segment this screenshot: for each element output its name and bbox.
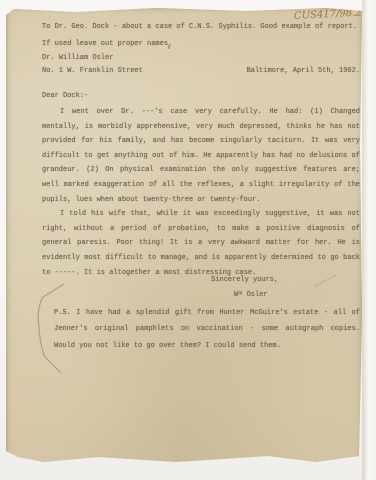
letter-paper: CUS417/98.25 To Dr. Geo. Dock - about a … bbox=[6, 5, 362, 472]
dateline: Baltimore, April 5th, 1902. bbox=[247, 67, 360, 75]
salutation: Dear Dock:- bbox=[42, 92, 88, 100]
memo-line-1: To Dr. Geo. Dock - about a case of C.N.S… bbox=[42, 19, 362, 36]
signature: Wᵐ Osler bbox=[234, 291, 268, 299]
letterhead-address: No. 1 W. Franklin Street bbox=[42, 67, 143, 75]
scan-edge-strip bbox=[362, 0, 376, 480]
postscript: P.S. I have had a splendid gift from Hun… bbox=[54, 305, 360, 354]
memo-line-2: If used leave out proper names. bbox=[42, 36, 362, 53]
pencil-tick-mark bbox=[312, 273, 338, 289]
letter-body: I went over Dr. ---'s case very carefull… bbox=[42, 105, 360, 280]
scanned-letter: CUS417/98.25 To Dr. Geo. Dock - about a … bbox=[0, 0, 376, 480]
body-paragraph-1: I went over Dr. ---'s case very carefull… bbox=[42, 105, 360, 207]
letterhead-row: No. 1 W. Franklin Street Baltimore, Apri… bbox=[42, 67, 360, 75]
pencil-brace-mark bbox=[30, 280, 70, 376]
valediction: Sincerely yours, bbox=[211, 276, 278, 284]
memo-block: To Dr. Geo. Dock - about a case of C.N.S… bbox=[42, 19, 362, 52]
body-paragraph-2: I told his wife that, while it was excee… bbox=[42, 207, 360, 280]
letterhead-name: Dr. William Osler bbox=[42, 54, 113, 62]
